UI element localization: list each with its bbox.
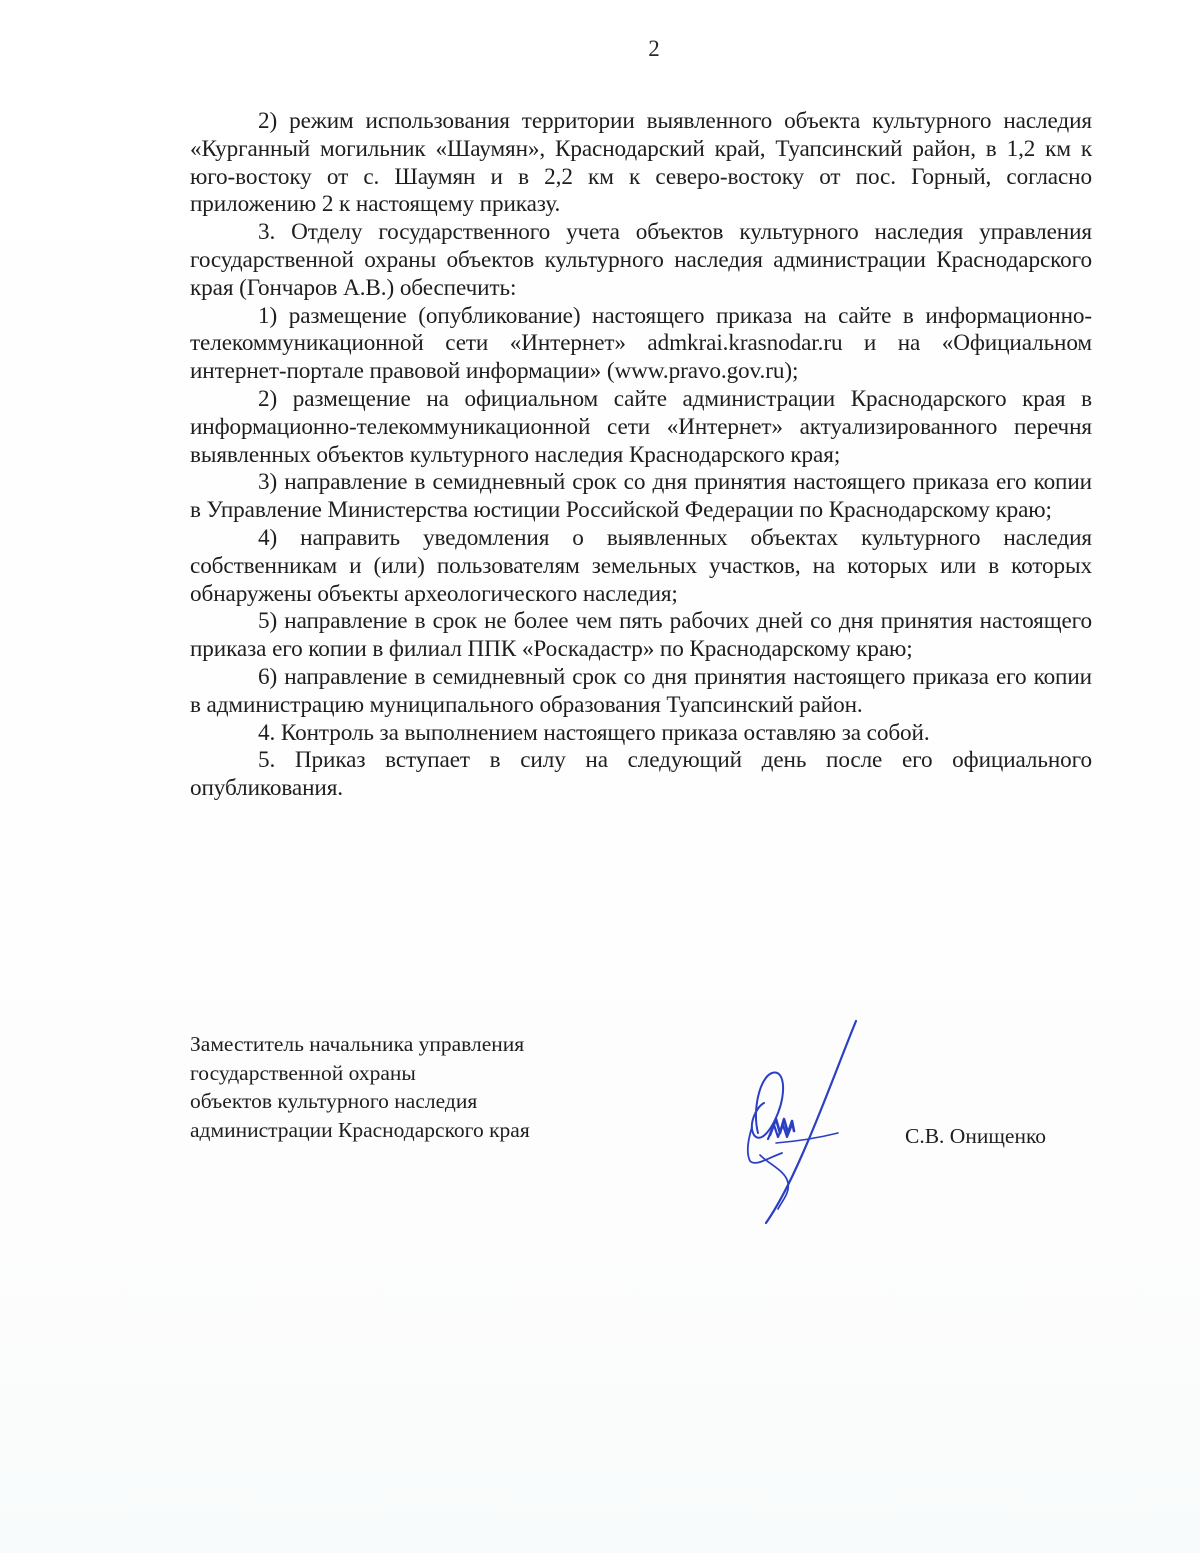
signatory-title-line: администрации Краснодарского края [190,1116,530,1145]
signatory-title-line: объектов культурного наследия [190,1087,530,1116]
paragraph-subitem-6: 6) направление в семидневный срок со дня… [190,664,1092,720]
signatory-name: С.В. Онищенко [905,1124,1046,1149]
signatory-title-line: Заместитель начальника управления [190,1030,530,1059]
paragraph-item-2-usage-regime: 2) режим использования территории выявле… [190,108,1092,219]
document-page: 2 2) режим использования территории выяв… [0,0,1200,1553]
paragraph-subitem-3: 3) направление в семидневный срок со дня… [190,469,1092,525]
document-body: 2) режим использования территории выявле… [190,108,1092,803]
paragraph-point-5: 5. Приказ вступает в силу на следующий д… [190,747,1092,803]
paragraph-subitem-2: 2) размещение на официальном сайте админ… [190,386,1092,469]
handwritten-signature-icon [730,1015,865,1227]
page-number: 2 [0,36,1200,62]
paragraph-point-4: 4. Контроль за выполнением настоящего пр… [190,720,1092,748]
paragraph-subitem-4: 4) направить уведомления о выявленных об… [190,525,1092,608]
signatory-title: Заместитель начальника управления госуда… [190,1030,530,1144]
paragraph-subitem-1: 1) размещение (опубликование) настоящего… [190,303,1092,386]
paragraph-point-3: 3. Отделу государственного учета объекто… [190,219,1092,302]
signatory-title-line: государственной охраны [190,1059,530,1088]
paragraph-subitem-5: 5) направление в срок не более чем пять … [190,608,1092,664]
